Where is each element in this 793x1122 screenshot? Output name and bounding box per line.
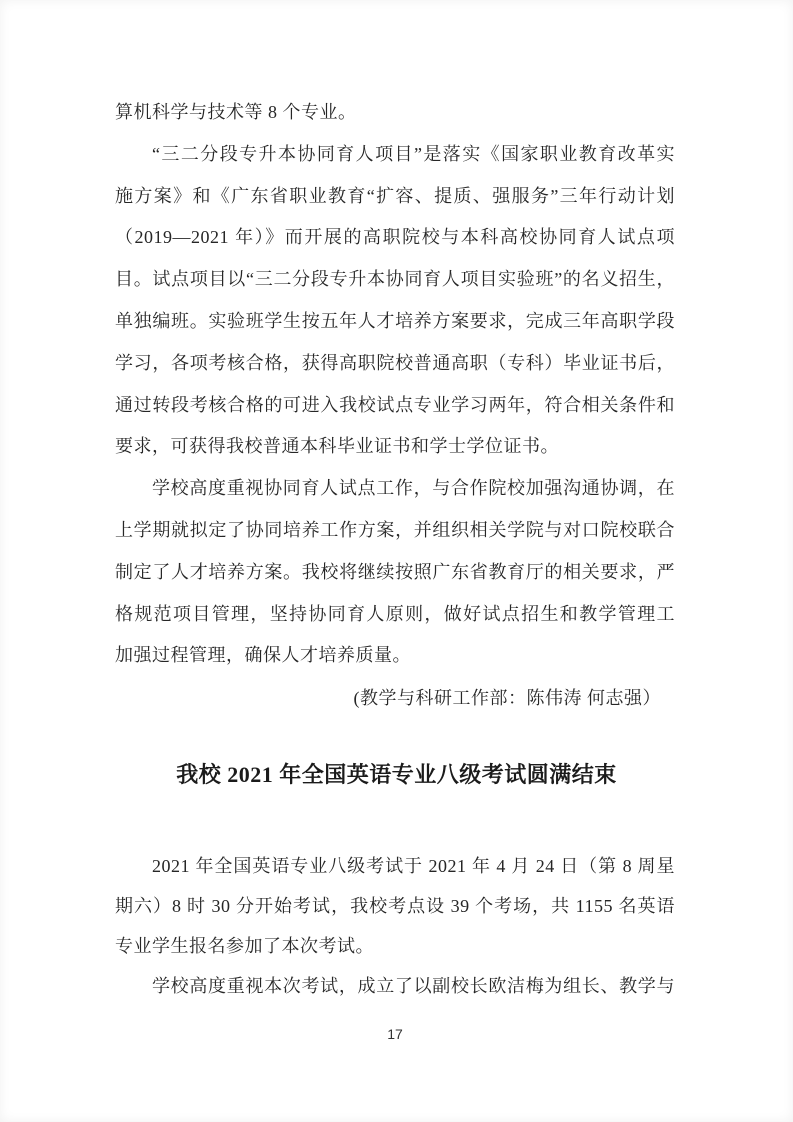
article1-byline: (教学与科研工作部：陈伟涛 何志强） xyxy=(115,677,661,719)
document-page: 算机科学与技术等 8 个专业。“三二分段专升本协同育人项目”是落实《国家职业教育… xyxy=(0,0,793,1122)
text-line: 专业学生报名参加了本次考试。 xyxy=(115,926,675,966)
text-line: 要求，可获得我校普通本科毕业证书和学士学位证书。 xyxy=(115,426,675,468)
text-line: 期六）8 时 30 分开始考试，我校考点设 39 个考场，共 1155 名英语 xyxy=(115,886,675,926)
text-line: 制定了人才培养方案。我校将继续按照广东省教育厅的相关要求，严 xyxy=(115,552,675,594)
article2-body: 2021 年全国英语专业八级考试于 2021 年 4 月 24 日（第 8 周星… xyxy=(115,846,675,1006)
text-line: 施方案》和《广东省职业教育“扩容、提质、强服务”三年行动计划 xyxy=(115,176,675,218)
text-line: “三二分段专升本协同育人项目”是落实《国家职业教育改革实 xyxy=(115,134,675,176)
page-number: 17 xyxy=(0,1024,790,1044)
text-line: 加强过程管理，确保人才培养质量。 xyxy=(115,635,675,677)
text-line: 格规范项目管理，坚持协同育人原则，做好试点招生和教学管理工作， xyxy=(115,594,675,636)
text-line: 2021 年全国英语专业八级考试于 2021 年 4 月 24 日（第 8 周星 xyxy=(115,846,675,886)
text-line: 通过转段考核合格的可进入我校试点专业学习两年，符合相关条件和 xyxy=(115,385,675,427)
text-line: 学校高度重视本次考试，成立了以副校长欧洁梅为组长、教学与 xyxy=(115,966,675,1006)
text-line: 目。试点项目以“三二分段专升本协同育人项目实验班”的名义招生， xyxy=(115,259,675,301)
text-line: 单独编班。实验班学生按五年人才培养方案要求，完成三年高职学段 xyxy=(115,301,675,343)
text-line: 学习，各项考核合格，获得高职院校普通高职（专科）毕业证书后， xyxy=(115,343,675,385)
article2-title: 我校 2021 年全国英语专业八级考试圆满结束 xyxy=(0,757,793,793)
text-line: （2019—2021 年）》而开展的高职院校与本科高校协同育人试点项 xyxy=(115,217,675,259)
text-line: 学校高度重视协同育人试点工作，与合作院校加强沟通协调，在 xyxy=(115,468,675,510)
text-line: 算机科学与技术等 8 个专业。 xyxy=(115,92,675,134)
article1-body: 算机科学与技术等 8 个专业。“三二分段专升本协同育人项目”是落实《国家职业教育… xyxy=(115,92,675,677)
text-line: 上学期就拟定了协同培养工作方案，并组织相关学院与对口院校联合 xyxy=(115,510,675,552)
